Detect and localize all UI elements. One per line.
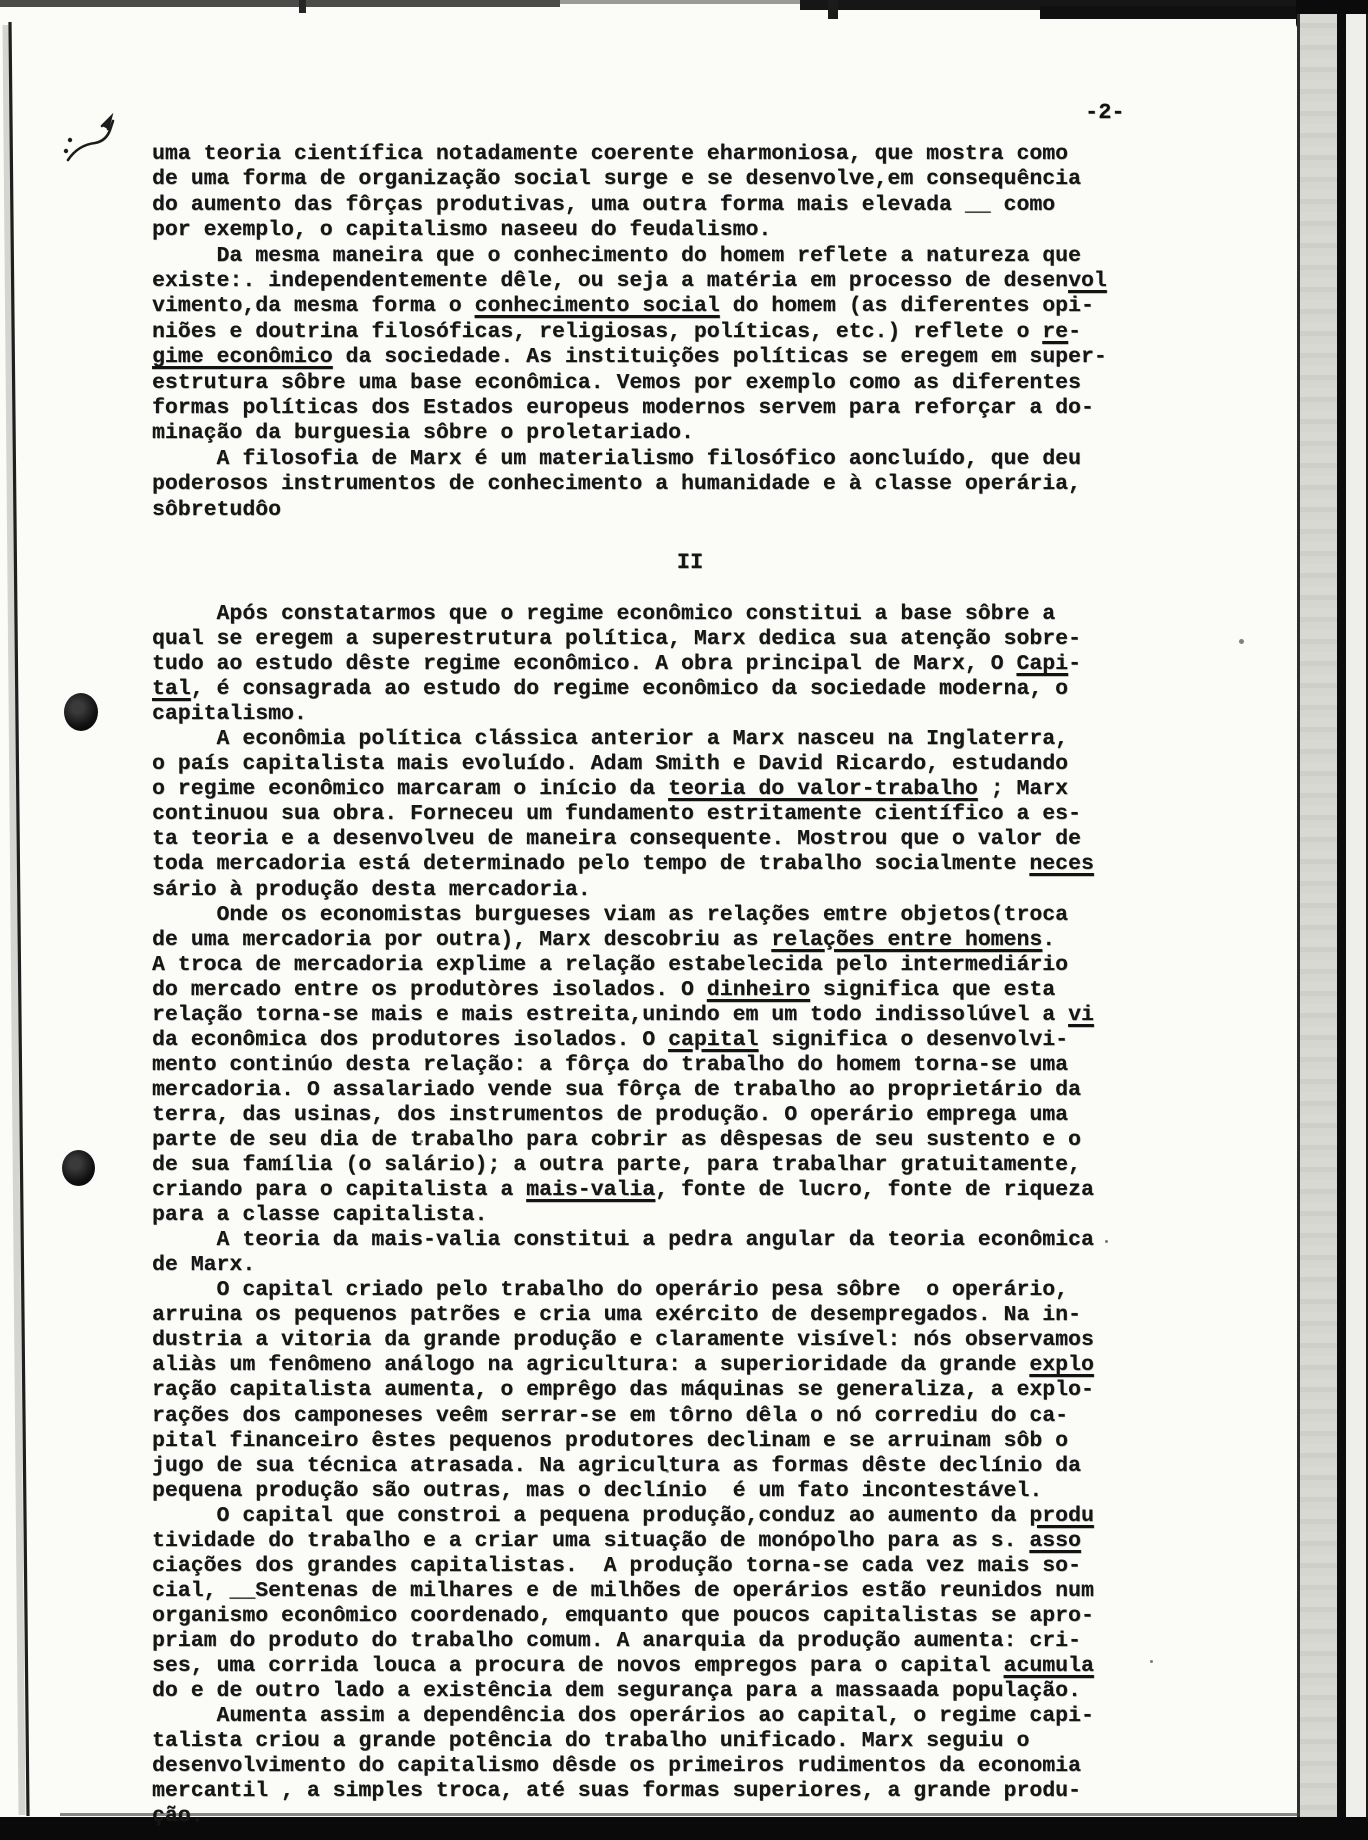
- text-line: rações dos camponeses veêm serrar-se em …: [152, 1404, 1212, 1429]
- text-line: O capital criado pelo trabalho do operár…: [152, 1278, 1212, 1303]
- text-line: talista criou a grande potência do traba…: [152, 1729, 1212, 1754]
- text-line: desenvolvimento do capitalismo dêsde os …: [152, 1754, 1212, 1779]
- text-line: de sua família (o salário); a outra part…: [152, 1153, 1212, 1178]
- text-line: mento continúo desta relação: a fôrça do…: [152, 1053, 1212, 1078]
- text-line: ração capitalista aumenta, o emprêgo das…: [152, 1378, 1212, 1403]
- text-line: sário à produção desta mercadoria.: [152, 878, 1212, 903]
- section-heading: II: [640, 550, 740, 575]
- text-line: qual se eregem a superestrutura política…: [152, 627, 1212, 652]
- text-line: ção.: [152, 1804, 1212, 1829]
- typewritten-paragraphs-top: uma teoria científica notadamente coeren…: [152, 142, 1212, 523]
- text-line: do mercado entre os produtòres isolados.…: [152, 978, 1212, 1003]
- text-line: terra, das usinas, dos instrumentos de p…: [152, 1103, 1212, 1128]
- text-line: tal, é consagrada ao estudo do regime ec…: [152, 677, 1212, 702]
- text-line: do aumento das fôrças produtivas, uma ou…: [152, 193, 1212, 218]
- text-line: por exemplo, o capitalismo naseeu do feu…: [152, 218, 1212, 243]
- text-line: o regime econômico marcaram o início da …: [152, 777, 1212, 802]
- text-line: arruina os pequenos patrões e cria uma e…: [152, 1303, 1212, 1328]
- text-line: formas políticas dos Estados europeus mo…: [152, 396, 1212, 421]
- text-line: mercadoria. O assalariado vende sua fôrç…: [152, 1078, 1212, 1103]
- text-line: A troca de mercadoria explime a relação …: [152, 953, 1212, 978]
- text-line: pital financeiro êstes pequenos produtor…: [152, 1429, 1212, 1454]
- text-line: pequena produção são outras, mas o declí…: [152, 1479, 1212, 1504]
- text-line: gime econômico da sociedade. As institui…: [152, 345, 1212, 370]
- text-line: poderosos instrumentos de conhecimento a…: [152, 472, 1212, 497]
- text-line: Após constatarmos que o regime econômico…: [152, 602, 1212, 627]
- text-line: de uma forma de organização social surge…: [152, 167, 1212, 192]
- typewritten-paragraphs-section2: Após constatarmos que o regime econômico…: [152, 602, 1212, 1829]
- text-line: dustria a vitoria da grande produção e c…: [152, 1328, 1212, 1353]
- text-line: tividade do trabalho e a criar uma situa…: [152, 1529, 1212, 1554]
- text-line: organismo econômico coordenado, emquanto…: [152, 1604, 1212, 1629]
- text-line: da econômica dos produtores isolados. O …: [152, 1028, 1212, 1053]
- text-line: O capital que constroi a pequena produçã…: [152, 1504, 1212, 1529]
- text-line: estrutura sôbre uma base econômica. Vemo…: [152, 371, 1212, 396]
- text-line: Onde os economistas burgueses viam as re…: [152, 903, 1212, 928]
- text-line: parte de seu dia de trabalho para cobrir…: [152, 1128, 1212, 1153]
- page-number: -2-: [1085, 100, 1125, 125]
- text-line: ses, uma corrida louca a procura de novo…: [152, 1654, 1212, 1679]
- text-line: do e de outro lado a existência dem segu…: [152, 1679, 1212, 1704]
- text-line: ciações dos grandes capitalistas. A prod…: [152, 1554, 1212, 1579]
- text-line: A teoria da mais-valia constitui a pedra…: [152, 1228, 1212, 1253]
- text-line: uma teoria científica notadamente coeren…: [152, 142, 1212, 167]
- text-line: cial, __Sentenas de milhares e de milhõe…: [152, 1579, 1212, 1604]
- text-line: criando para o capitalista a mais-valia,…: [152, 1178, 1212, 1203]
- text-line: sôbretudôo: [152, 498, 1212, 523]
- text-line: de Marx.: [152, 1253, 1212, 1278]
- page-left-edge-line: [6, 22, 28, 1816]
- text-line: Da mesma maneira que o conhecimento do h…: [152, 244, 1212, 269]
- text-line: Aumenta assim a dependência dos operário…: [152, 1704, 1212, 1729]
- text-line: A filosofia de Marx é um materialismo fi…: [152, 447, 1212, 472]
- text-line: A econômia política clássica anterior a …: [152, 727, 1212, 752]
- text-line: capitalismo.: [152, 702, 1212, 727]
- text-line: existe:. independentemente dêle, ou seja…: [152, 269, 1212, 294]
- text-line: de uma mercadoria por outra), Marx desco…: [152, 928, 1212, 953]
- text-line: jugo de sua técnica atrasada. Na agricul…: [152, 1454, 1212, 1479]
- text-line: relação torna-se mais e mais estreita,un…: [152, 1003, 1212, 1028]
- text-line: ta teoria e a desenvolveu de maneira con…: [152, 827, 1212, 852]
- text-line: tudo ao estudo dêste regime econômico. A…: [152, 652, 1212, 677]
- text-line: o país capitalista mais evoluído. Adam S…: [152, 752, 1212, 777]
- text-line: minação da burguesia sôbre o proletariad…: [152, 421, 1212, 446]
- text-line: vimento,da mesma forma o conhecimento so…: [152, 294, 1212, 319]
- text-line: priam do produto do trabalho comum. A an…: [152, 1629, 1212, 1654]
- text-line: mercantil , a simples troca, até suas fo…: [152, 1779, 1212, 1804]
- text-line: toda mercadoria está determinado pelo te…: [152, 852, 1212, 877]
- text-line: niões e doutrina filosóficas, religiosas…: [152, 320, 1212, 345]
- text-line: continuou sua obra. Forneceu um fundamen…: [152, 802, 1212, 827]
- text-line: aliàs um fenômeno análogo na agricultura…: [152, 1353, 1212, 1378]
- text-line: para a classe capitalista.: [152, 1203, 1212, 1228]
- handwritten-mark-icon: [64, 117, 113, 160]
